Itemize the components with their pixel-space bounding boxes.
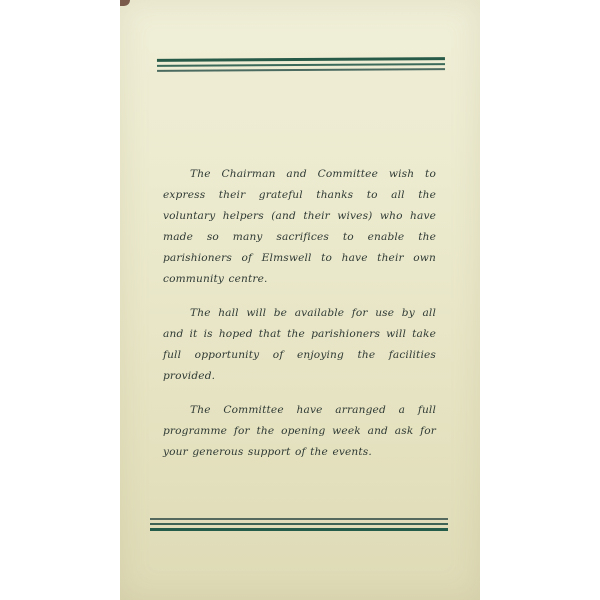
bottom-decorative-rule bbox=[150, 518, 448, 534]
document-page: The Chairman and Committee wish to expre… bbox=[120, 0, 480, 600]
top-decorative-rule bbox=[157, 57, 445, 75]
rule-line bbox=[157, 68, 445, 72]
body-text: The Chairman and Committee wish to expre… bbox=[163, 164, 436, 476]
rule-line bbox=[157, 63, 445, 67]
rule-line bbox=[150, 523, 448, 525]
rule-line bbox=[150, 528, 448, 531]
rule-line bbox=[157, 57, 445, 62]
rule-line bbox=[150, 518, 448, 520]
paragraph-thanks: The Chairman and Committee wish to expre… bbox=[163, 164, 436, 290]
paragraph-programme: The Committee have arranged a full progr… bbox=[163, 400, 436, 463]
paragraph-hall-availability: The hall will be available for use by al… bbox=[163, 303, 436, 387]
